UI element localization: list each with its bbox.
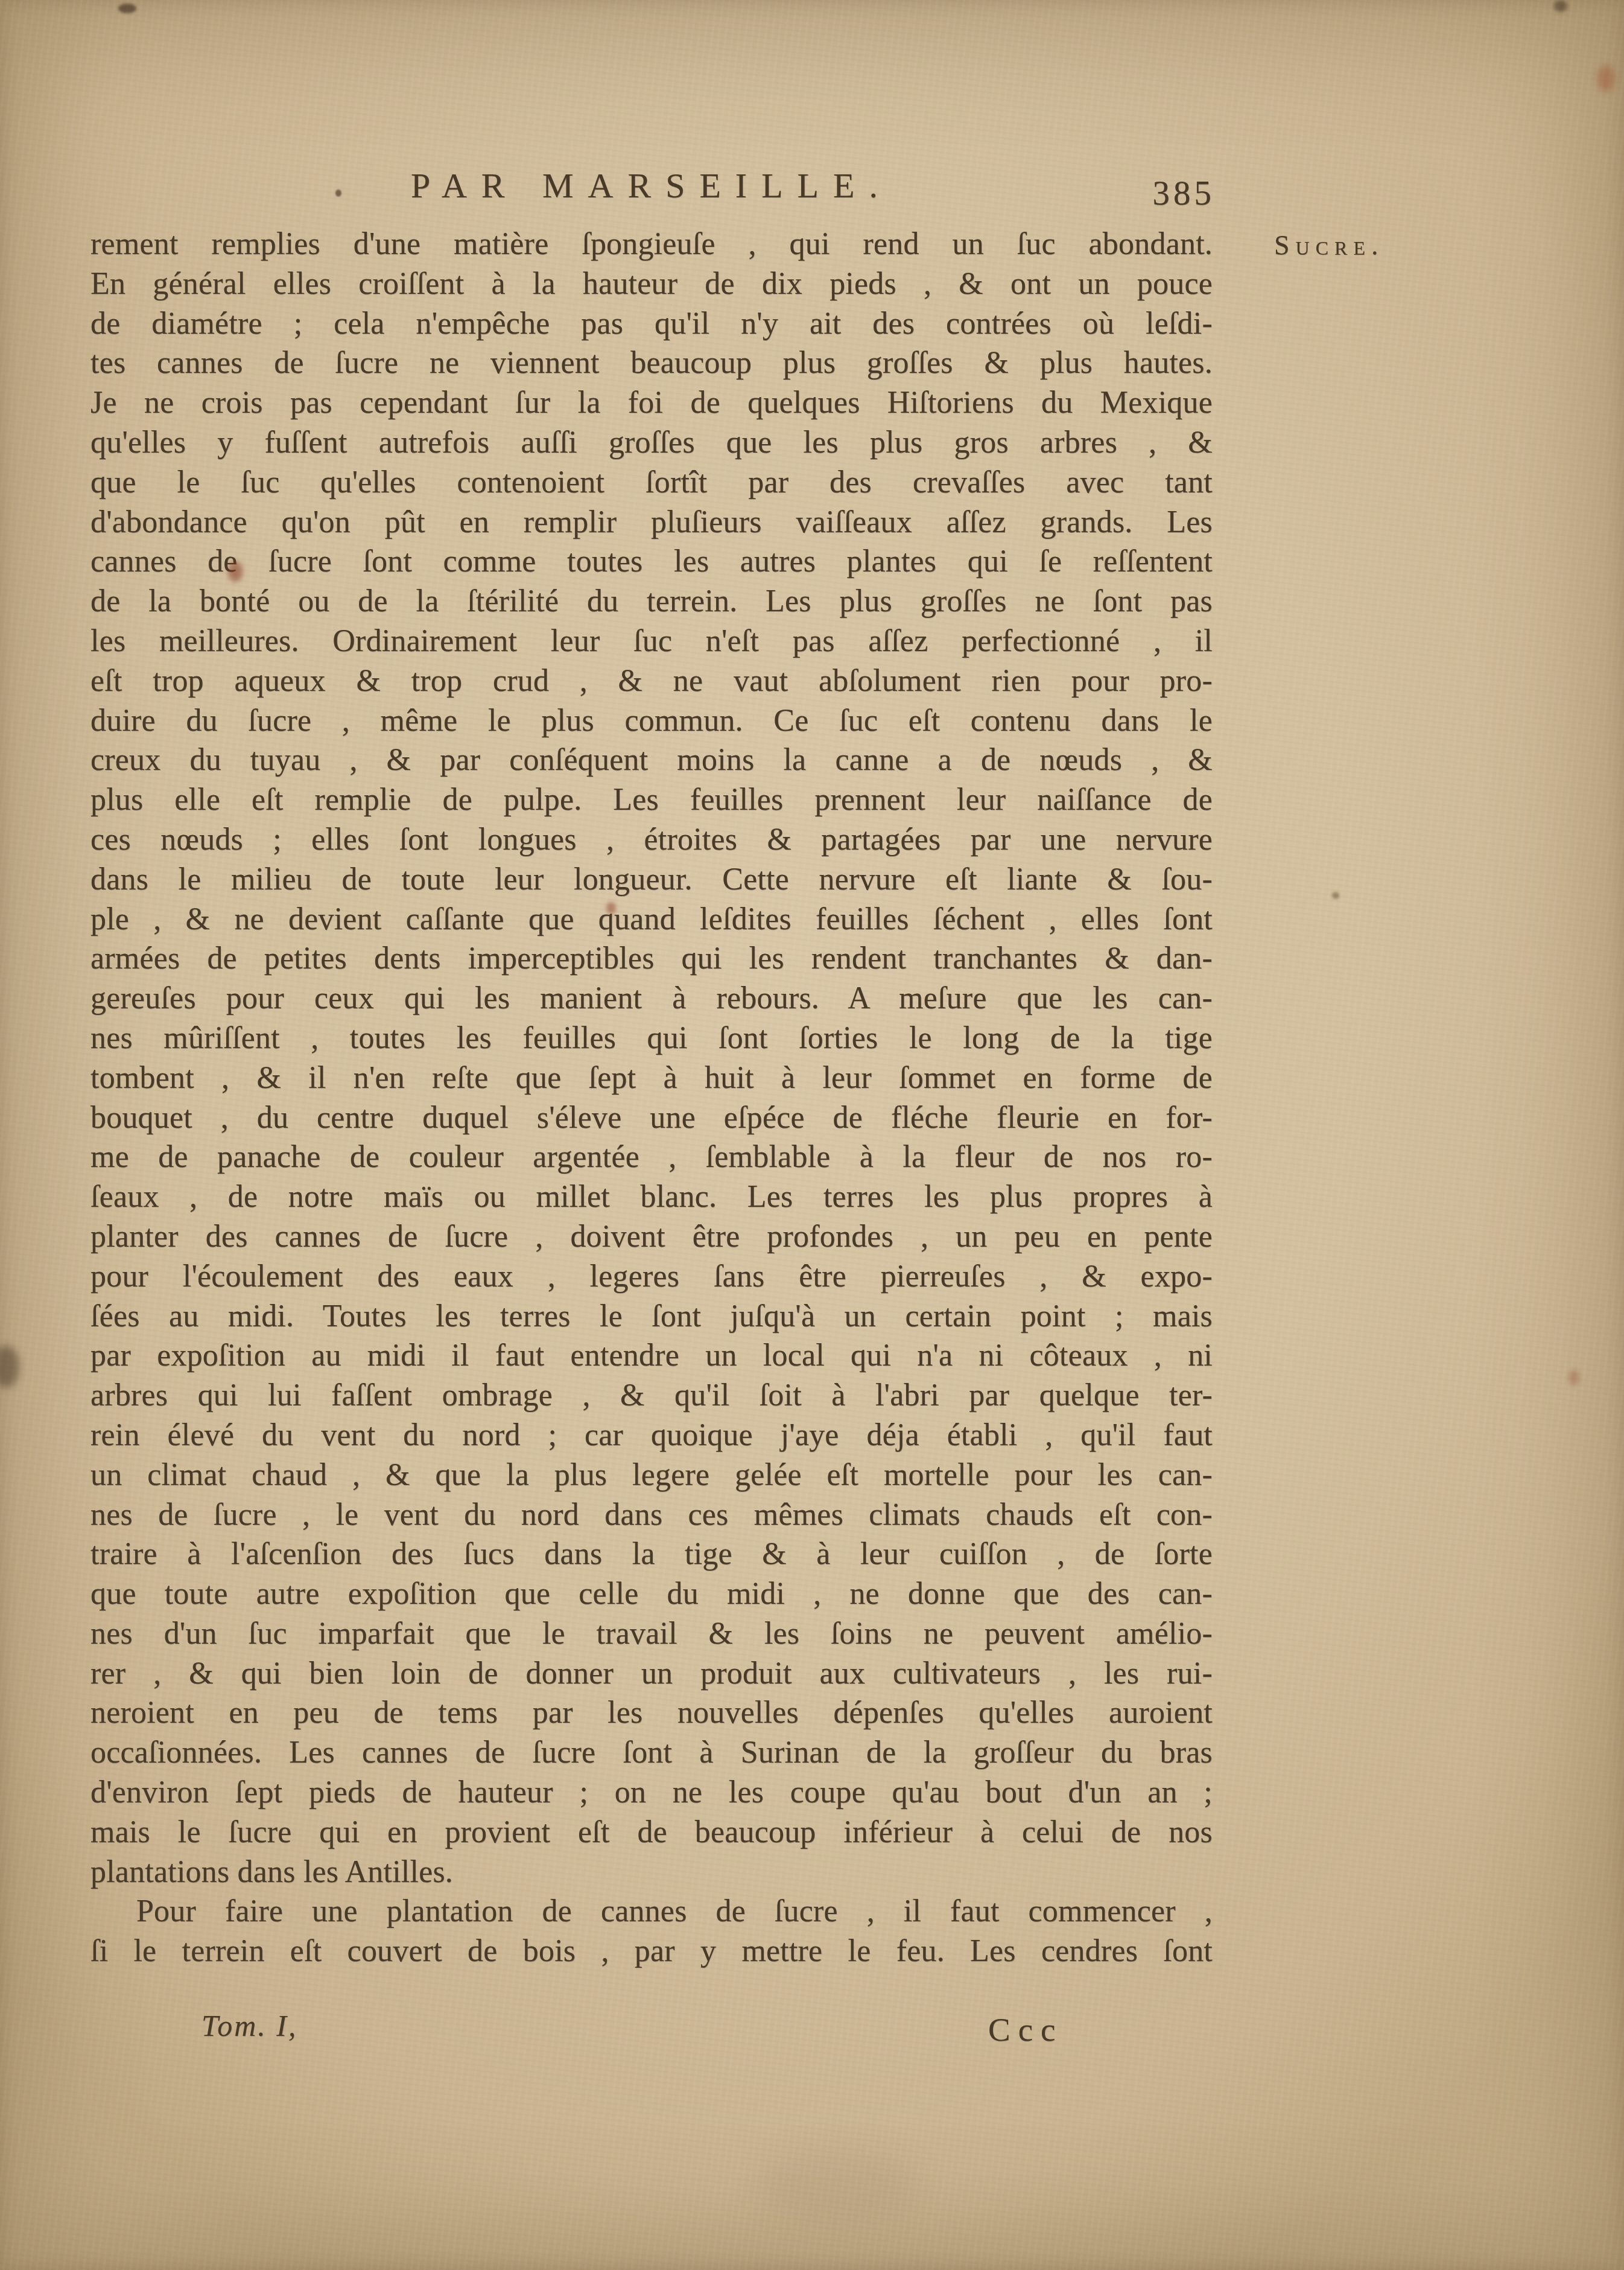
margin-note: Sucre. xyxy=(1274,229,1384,261)
signature-mark: Ccc xyxy=(988,2011,1064,2049)
text-line: arbres qui lui faſſent ombrage , & qu'il… xyxy=(90,1376,1213,1416)
paper-stain xyxy=(118,4,136,13)
text-line: d'abondance qu'on pût en remplir pluſieu… xyxy=(90,503,1213,542)
text-line: de la bonté ou de la ſtérilité du terrei… xyxy=(90,582,1213,622)
text-line: Pour faire une plantation de cannes de ſ… xyxy=(90,1892,1213,1931)
text-line: ple , & ne devient caſſante que quand le… xyxy=(90,900,1213,939)
text-line: En général elles croiſſent à la hauteur … xyxy=(90,264,1213,304)
text-line: que le ſuc qu'elles contenoient ſortît p… xyxy=(90,463,1213,503)
text-line: tombent , & il n'en reſte que ſept à hui… xyxy=(90,1058,1213,1098)
page-number: 385 xyxy=(1131,174,1215,213)
text-line: un climat chaud , & que la plus legere g… xyxy=(90,1455,1213,1495)
volume-label: Tom. I, xyxy=(201,2008,297,2043)
text-line: nes d'un ſuc imparfait que le travail & … xyxy=(90,1614,1213,1654)
text-line: ſi le terrein eſt couvert de bois , par … xyxy=(90,1931,1213,1971)
text-line: neroient en peu de tems par les nouvelle… xyxy=(90,1693,1213,1733)
text-line: d'environ ſept pieds de hauteur ; on ne … xyxy=(90,1773,1213,1813)
paper-stain xyxy=(760,2148,917,2221)
text-line: ces nœuds ; elles ſont longues , étroite… xyxy=(90,820,1213,860)
text-line: qu'elles y fuſſent autrefois auſſi groſſ… xyxy=(90,423,1213,463)
text-line: rein élevé du vent du nord ; car quoique… xyxy=(90,1416,1213,1455)
text-line: pour l'écoulement des eaux , legeres ſan… xyxy=(90,1257,1213,1297)
text-line: plus elle eſt remplie de pulpe. Les feui… xyxy=(90,780,1213,820)
text-line: mais le ſucre qui en provient eſt de bea… xyxy=(90,1813,1213,1852)
text-line: eſt trop aqueux & trop crud , & ne vaut … xyxy=(90,661,1213,701)
text-line: duire du ſucre , même le plus commun. Ce… xyxy=(90,701,1213,741)
paper-stain xyxy=(1332,892,1339,899)
text-line: les meilleures. Ordinairement leur ſuc n… xyxy=(90,622,1213,661)
paper-stain xyxy=(0,1346,19,1388)
text-line: que toute autre expoſition que celle du … xyxy=(90,1574,1213,1614)
text-line: nes de ſucre , le vent du nord dans ces … xyxy=(90,1495,1213,1535)
text-line: Je ne crois pas cependant ſur la foi de … xyxy=(90,383,1213,423)
running-title: PAR MARSEILLE. xyxy=(90,165,1213,206)
paper-stain xyxy=(1597,65,1614,92)
text-line: ſées au midi. Toutes les terres le ſont … xyxy=(90,1297,1213,1337)
text-line: dans le milieu de toute leur longueur. C… xyxy=(90,860,1213,900)
text-line: ſeaux , de notre maïs ou millet blanc. L… xyxy=(90,1177,1213,1217)
text-line: rer , & qui bien loin de donner un produ… xyxy=(90,1654,1213,1694)
text-line: rement remplies d'une matière ſpongieuſe… xyxy=(90,224,1213,264)
text-line: armées de petites dents imperceptibles q… xyxy=(90,939,1213,979)
paper-stain xyxy=(1554,0,1567,12)
text-line: nes mûriſſent , toutes les feuilles qui … xyxy=(90,1019,1213,1058)
text-line: bouquet , du centre duquel s'éleve une e… xyxy=(90,1098,1213,1138)
text-line: par expoſition au midi il faut entendre … xyxy=(90,1336,1213,1376)
text-line: traire à l'aſcenſion des ſucs dans la ti… xyxy=(90,1534,1213,1574)
text-line: creux du tuyau , & par conſéquent moins … xyxy=(90,740,1213,780)
paper-stain xyxy=(1568,1370,1579,1385)
text-line: occaſionnées. Les cannes de ſucre ſont à… xyxy=(90,1733,1213,1773)
text-line: gereuſes pour ceux qui les manient à reb… xyxy=(90,979,1213,1019)
text-line: plantations dans les Antilles. xyxy=(90,1852,1213,1892)
book-page: PAR MARSEILLE. 385 Sucre. rement remplie… xyxy=(0,0,1624,2270)
text-line: tes cannes de ſucre ne viennent beaucoup… xyxy=(90,343,1213,383)
text-line: cannes de ſucre ſont comme toutes les au… xyxy=(90,542,1213,582)
text-line: me de panache de couleur argentée , ſemb… xyxy=(90,1137,1213,1177)
body-text: rement remplies d'une matière ſpongieuſe… xyxy=(90,224,1213,1971)
text-line: planter des cannes de ſucre , doivent êt… xyxy=(90,1217,1213,1257)
text-line: de diamétre ; cela n'empêche pas qu'il n… xyxy=(90,304,1213,344)
